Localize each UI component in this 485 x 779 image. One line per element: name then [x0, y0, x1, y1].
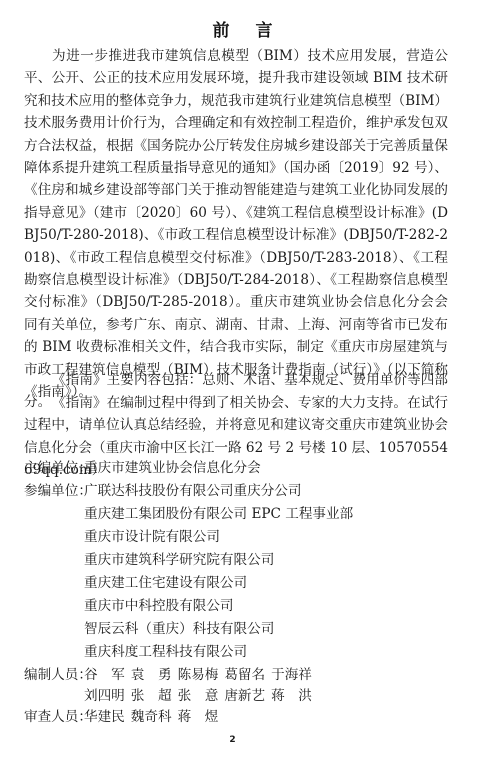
- participating-unit: 重庆建工住宅建设有限公司: [84, 572, 247, 594]
- editor-name: 张 超: [131, 685, 172, 707]
- editor-name: 于海祥: [271, 664, 312, 686]
- editors-row: 编制人员： 谷 军袁 勇陈易梅葛留名于海祥: [24, 664, 84, 686]
- editor-name: 袁 勇: [131, 664, 172, 686]
- document-page: 前言 为进一步推进我市建筑信息模型（BIM）技术应用发展，营造公平、公开、公正的…: [0, 0, 485, 779]
- editor-name: 张 意: [178, 685, 219, 707]
- editor-name: 蒋 洪: [271, 685, 312, 707]
- chief-editor-value: 重庆市建筑业协会信息化分会: [84, 457, 261, 479]
- participating-units-label: 参编单位：: [24, 480, 84, 502]
- reviewer-name: 蒋 煜: [178, 706, 219, 728]
- participating-unit: 重庆建工集团股份有限公司 EPC 工程事业部: [84, 503, 353, 525]
- page-title: 前言: [0, 16, 485, 41]
- reviewer-name: 魏奇科: [131, 706, 172, 728]
- preface-paragraph-1: 为进一步推进我市建筑信息模型（BIM）技术应用发展，营造公平、公开、公正的技术应…: [24, 45, 448, 404]
- participating-unit: 重庆科度工程科技有限公司: [84, 641, 247, 663]
- reviewer-name: 华建民: [84, 706, 125, 728]
- editors-names-line-2: 刘四明张 超张 意唐新艺蒋 洪: [84, 685, 318, 707]
- editor-name: 唐新艺: [224, 685, 265, 707]
- page-number: 2: [0, 735, 465, 745]
- editor-name: 刘四明: [84, 685, 125, 707]
- participating-unit: 重庆市设计院有限公司: [84, 526, 220, 548]
- reviewers-label: 审查人员：: [24, 706, 84, 728]
- chief-editor-row: 主编单位： 重庆市建筑业协会信息化分会: [24, 457, 84, 479]
- participating-unit: 重庆市建筑科学研究院有限公司: [84, 549, 274, 571]
- reviewers-names: 华建民魏奇科蒋 煜: [84, 706, 224, 728]
- participating-units-row: 参编单位： 广联达科技股份有限公司重庆分公司: [24, 480, 84, 502]
- participating-unit: 广联达科技股份有限公司重庆分公司: [84, 480, 302, 502]
- participating-unit: 重庆市中科控股有限公司: [84, 595, 234, 617]
- reviewers-row: 审查人员： 华建民魏奇科蒋 煜: [24, 706, 84, 728]
- participating-unit: 智辰云科（重庆）科技有限公司: [84, 618, 274, 640]
- editor-name: 陈易梅: [178, 664, 219, 686]
- chief-editor-label: 主编单位：: [24, 457, 84, 479]
- editor-name: 谷 军: [84, 664, 125, 686]
- editors-label: 编制人员：: [24, 664, 84, 686]
- editors-names-line-1: 谷 军袁 勇陈易梅葛留名于海祥: [84, 664, 318, 686]
- editor-name: 葛留名: [224, 664, 265, 686]
